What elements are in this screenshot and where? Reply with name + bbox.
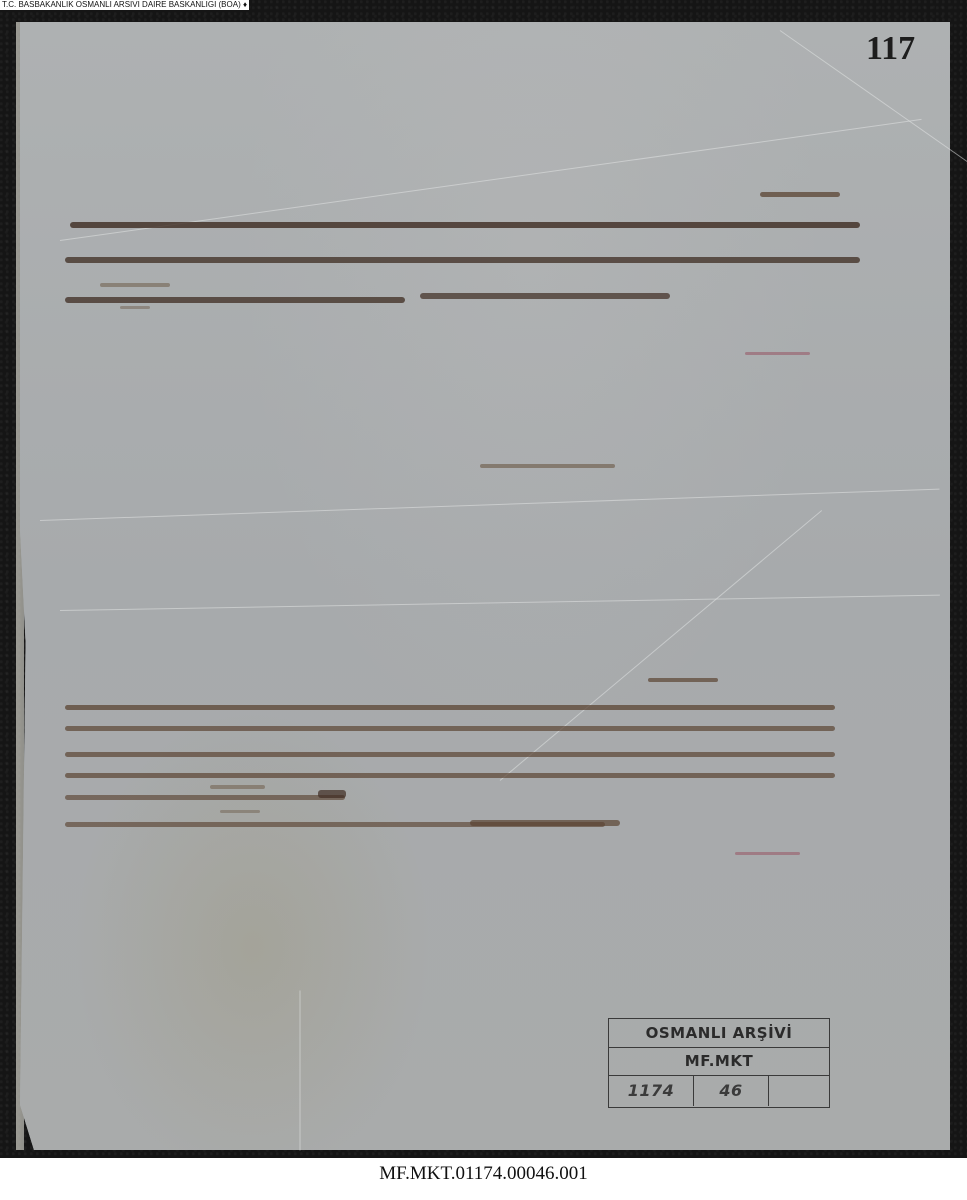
margin-note — [120, 306, 150, 309]
paper-crease — [300, 991, 301, 1151]
pink-crayon-mark — [735, 852, 800, 855]
archive-notice: T.C. BASBAKANLIK OSMANLI ARSIVI DAIRE BA… — [0, 0, 249, 10]
margin-note — [210, 785, 265, 789]
heading-script — [760, 192, 840, 197]
signature-mark — [318, 790, 346, 798]
margin-note — [100, 283, 170, 287]
stamp-folder-number: 46 — [694, 1076, 769, 1106]
stamp-title: OSMANLI ARŞİVİ — [609, 1019, 829, 1048]
script-line — [65, 705, 835, 710]
stamp-box-number: 1174 — [609, 1076, 694, 1106]
script-line — [65, 773, 835, 778]
script-line — [70, 222, 860, 228]
archive-stamp: OSMANLI ARŞİVİ MF.MKT 1174 46 — [608, 1018, 830, 1108]
script-line — [420, 293, 670, 299]
stamp-collection: MF.MKT — [609, 1048, 829, 1076]
margin-note — [220, 810, 260, 813]
pink-crayon-mark — [745, 352, 810, 355]
heading-script — [648, 678, 718, 682]
middle-script-line — [480, 464, 615, 468]
page-number: 117 — [866, 30, 915, 68]
date-script — [470, 820, 620, 826]
script-line — [65, 257, 860, 263]
script-line — [65, 297, 405, 303]
stamp-blank-cell — [769, 1076, 829, 1106]
script-line — [65, 795, 345, 800]
script-line — [65, 726, 835, 731]
script-line — [65, 752, 835, 757]
reference-code: MF.MKT.01174.00046.001 — [0, 1163, 967, 1185]
stamp-numbers-row: 1174 46 — [609, 1076, 829, 1106]
